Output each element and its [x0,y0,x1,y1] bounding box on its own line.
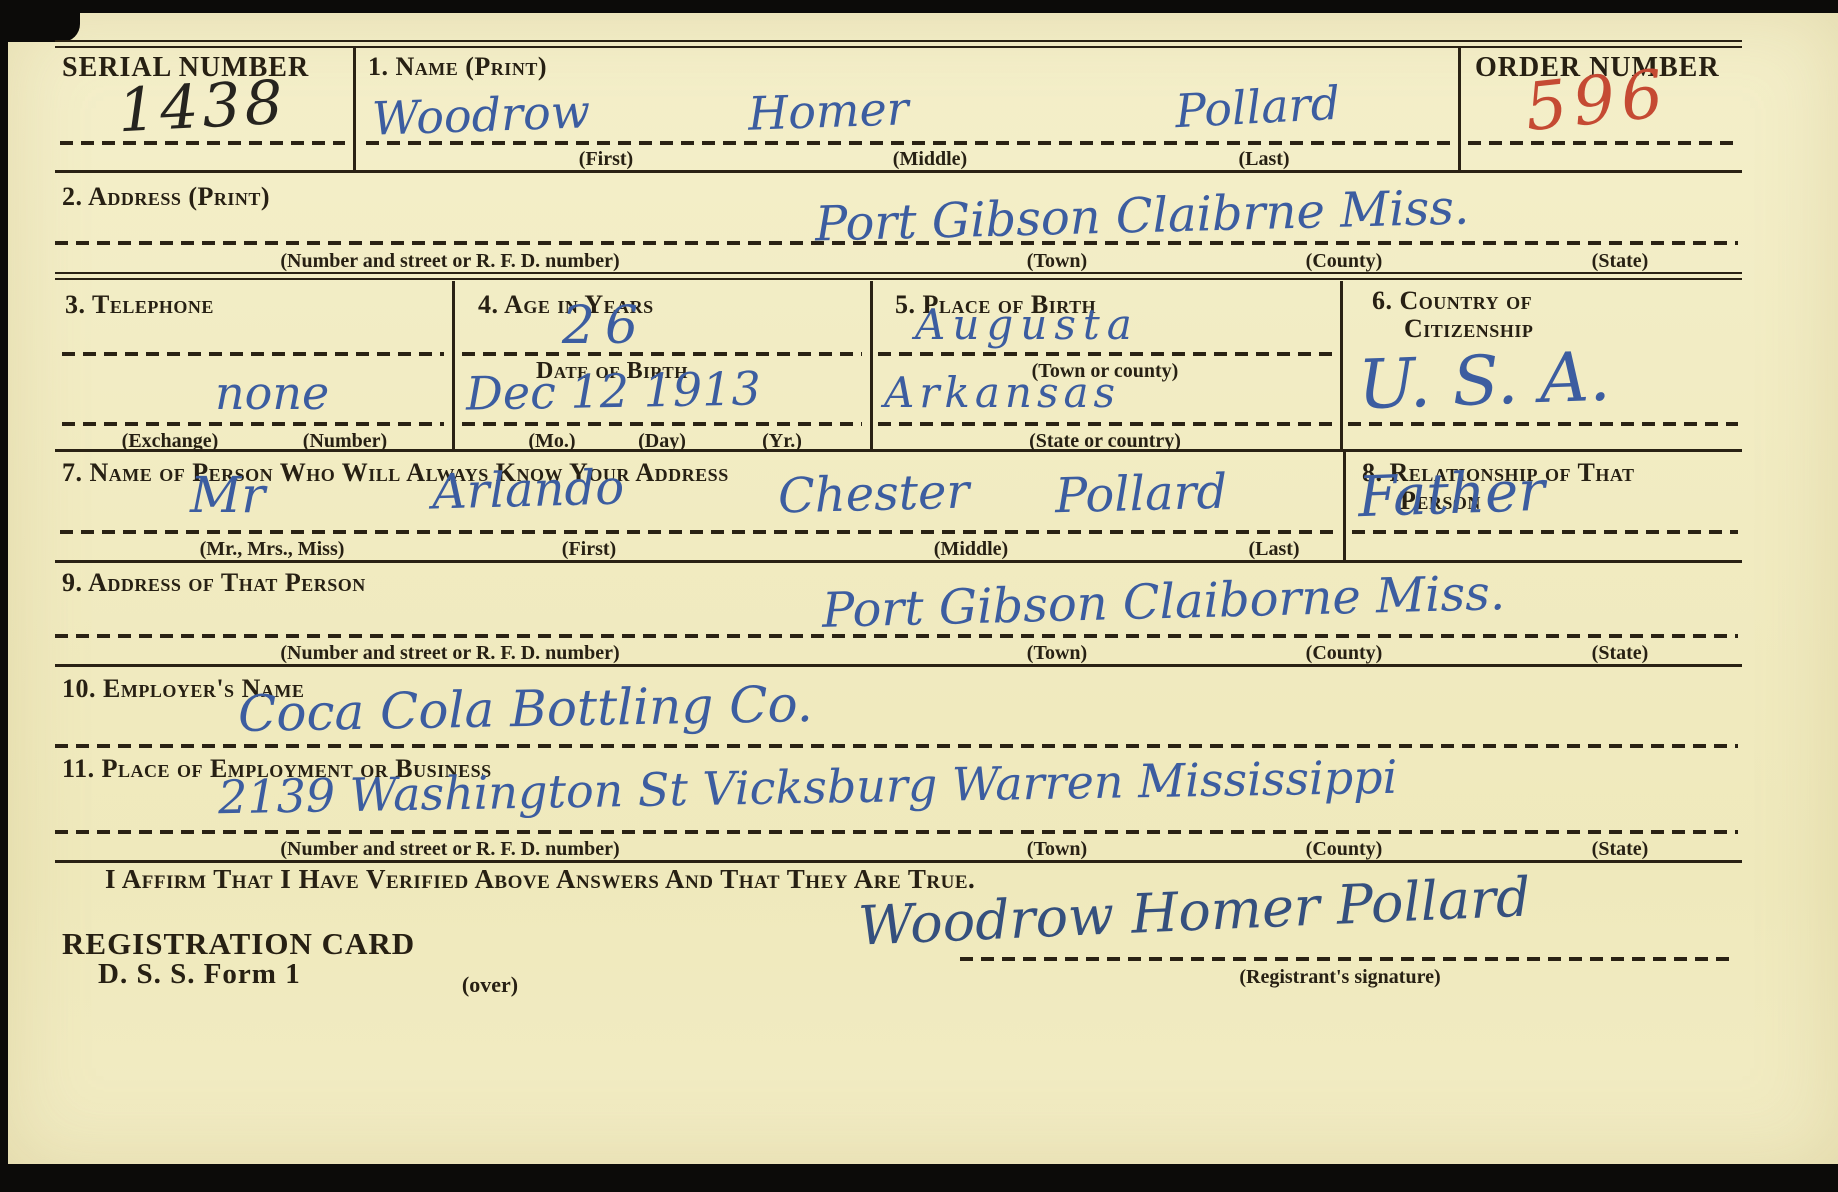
divider-serial-name [353,48,356,170]
contact-address-label: 9. Address of That Person [62,568,366,598]
contact-first-value: Arlando [431,459,625,520]
tel-dotted-upper [62,352,444,356]
affirmation-text: I Affirm That I Have Verified Above Answ… [105,864,975,895]
contact-sub-title: (Mr., Mrs., Miss) [200,538,345,561]
age-value: 26 [562,296,648,356]
scan-edge-left [0,0,8,1192]
scan-edge-corner [0,0,80,42]
citizenship-label-line2: Citizenship [1404,314,1533,344]
divider-tel-age [452,281,455,449]
contact-sub-middle: (Middle) [934,538,1008,561]
dob-sub-year: (Yr.) [762,430,802,453]
employment-sub-county: (County) [1306,838,1383,861]
address-sub-town: (Town) [1027,250,1087,273]
citizenship-value: U. S. A. [1357,338,1612,426]
telephone-sub-number: (Number) [303,430,387,453]
contact-address-sub-county: (County) [1306,642,1383,665]
scan-edge-top [0,0,1838,13]
contact-dotted-line [60,530,1335,534]
name-middle-value: Homer [747,81,909,141]
scanned-registration-card: SERIAL NUMBER 1438 1. Name (Print) Woodr… [0,0,1838,1192]
contact-address-sub-street: (Number and street or R. F. D. number) [280,642,619,665]
name-sub-middle: (Middle) [893,148,967,171]
name-sub-first: (First) [579,148,633,171]
dob-sub-day: (Day) [638,430,686,453]
employment-sub-town: (Town) [1027,838,1087,861]
telephone-value: none [215,366,329,420]
dob-value: Dec 12 1913 [466,361,762,420]
contact-title-value: Mr [190,466,265,524]
employment-dotted-line [55,830,1738,834]
divider-contact-rel [1343,452,1346,560]
address-field-label: 2. Address (Print) [62,182,270,212]
divider-birth-citizen [1340,281,1343,449]
tel-dotted-lower [62,422,444,426]
divider-age-birth [870,281,873,449]
birthplace-state-value: Arkansas [884,368,1120,417]
order-dotted-line [1468,141,1738,145]
citizenship-label-line1: 6. Country of [1372,286,1532,316]
form-number: D. S. S. Form 1 [98,958,301,991]
scan-edge-bottom [0,1164,1838,1192]
top-double-line-1 [55,40,1742,42]
divider-name-order [1458,48,1461,170]
name-last-value: Pollard [1174,76,1342,139]
over-note: (over) [462,972,518,998]
dob-sub-month: (Mo.) [528,430,575,453]
employment-sub-street: (Number and street or R. F. D. number) [280,838,619,861]
row2-double-line-2 [55,278,1742,280]
contact-sub-first: (First) [562,538,616,561]
employment-sub-state: (State) [1592,838,1649,861]
order-number-value: 596 [1521,55,1672,147]
name-field-label: 1. Name (Print) [368,52,547,82]
relationship-dotted-line [1352,530,1738,534]
dob-dotted-line [462,422,862,426]
telephone-field-label: 3. Telephone [65,290,214,320]
birth-town-dotted [878,352,1332,356]
contact-sub-last: (Last) [1248,538,1299,561]
address-sub-street: (Number and street or R. F. D. number) [280,250,619,273]
contact-middle-value: Chester [777,464,970,525]
birthplace-town-value: Augusta [915,300,1139,349]
birth-state-dotted [878,422,1332,426]
top-double-line-2 [55,46,1742,48]
name-first-value: Woodrow [371,84,591,146]
serial-number-value: 1438 [116,68,288,147]
signature-dotted-line [960,957,1735,961]
contact-address-sub-town: (Town) [1027,642,1087,665]
name-sub-last: (Last) [1238,148,1289,171]
card-title: REGISTRATION CARD [62,926,415,962]
employer-value: Coca Cola Bottling Co. [238,675,814,743]
age-dotted-line [462,352,862,356]
telephone-sub-exchange: (Exchange) [122,430,219,453]
contact-address-sub-state: (State) [1592,642,1649,665]
relationship-value: Father [1357,459,1546,530]
contact-field-label: 7. Name of Person Who Will Always Know Y… [62,458,729,488]
employer-dotted-line [55,744,1738,748]
address-sub-county: (County) [1306,250,1383,273]
name-dotted-line [366,141,1450,145]
signature-sublabel: (Registrant's signature) [1239,966,1440,989]
birthplace-sub-state: (State or country) [1029,430,1181,453]
address-sub-state: (State) [1592,250,1649,273]
contact-last-value: Pollard [1054,464,1228,524]
